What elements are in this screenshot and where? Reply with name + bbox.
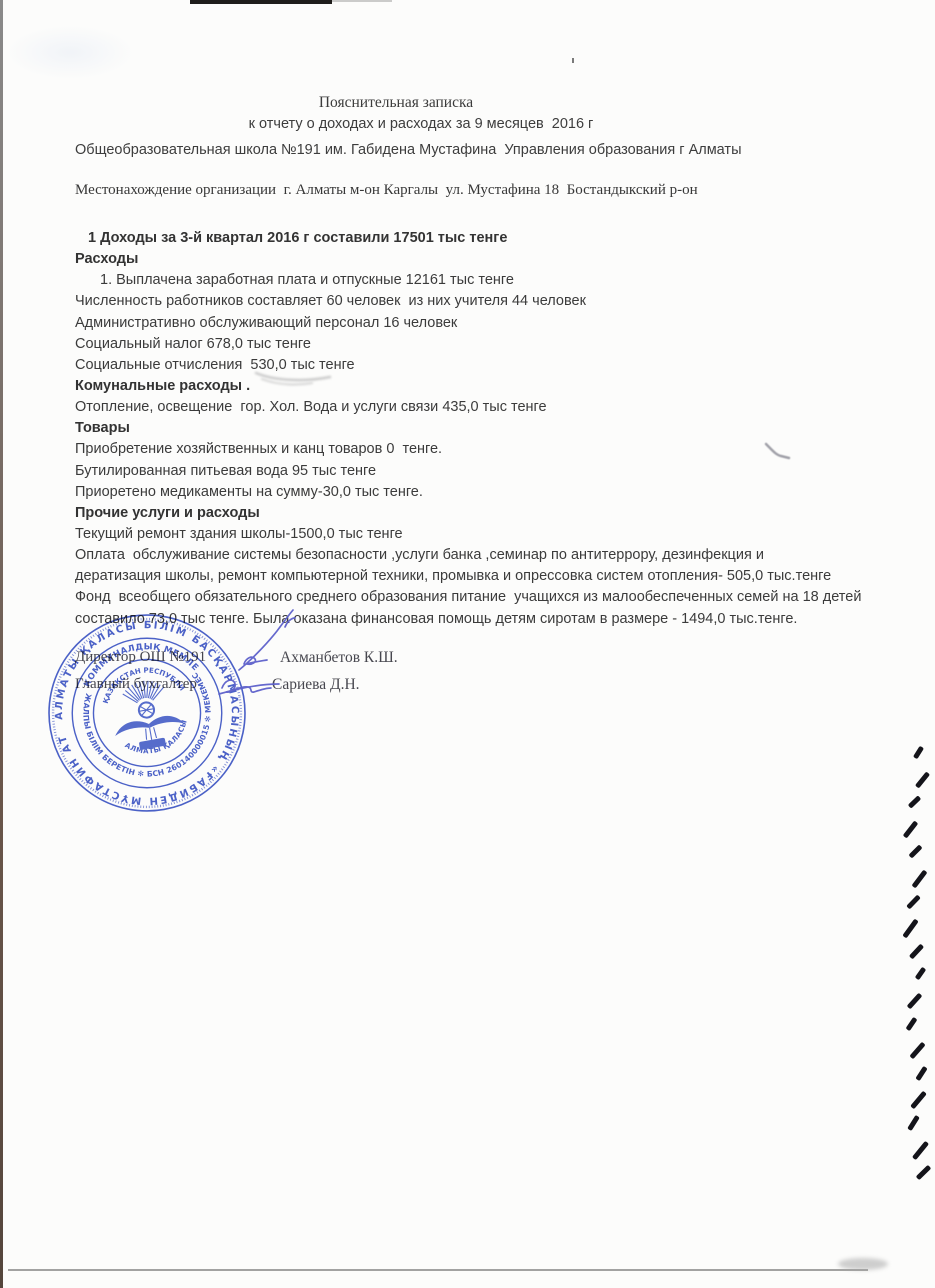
page-edge-mark — [906, 1016, 918, 1030]
official-stamp-seal: АЛМАТЫ ҚАЛАСЫ БІЛІМ БАСҚАРМАСЫНЫҢ «ҒАБИД… — [46, 612, 248, 814]
doc-subtitle: к отчету о доходах и расходах за 9 месяц… — [0, 116, 842, 132]
body-line: Приобретение хозяйственных и канц товаро… — [75, 439, 915, 460]
body-line: 1 Доходы за 3-й квартал 2016 г составили… — [75, 228, 915, 249]
body-line: Социальный налог 678,0 тыс тенге — [75, 334, 915, 355]
scan-tint — [5, 25, 135, 80]
page-edge-mark — [909, 943, 924, 959]
page-edge-mark — [913, 746, 924, 760]
body-line: Комунальные расходы . — [75, 376, 915, 397]
page-edge-mark — [908, 845, 922, 859]
page-edge-mark — [907, 1115, 920, 1131]
doc-location: Местонахождение организации г. Алматы м-… — [75, 182, 698, 199]
scan-speck — [572, 58, 574, 63]
page-bottom-edge — [8, 1269, 868, 1271]
page-edge-mark — [915, 967, 927, 981]
page-edge-mark — [903, 820, 919, 838]
body-line: Административно обслуживающий персонал 1… — [75, 313, 915, 334]
page-edge-mark — [915, 1066, 927, 1081]
doc-title: Пояснительная записка — [0, 94, 792, 112]
body-line: 1. Выплачена заработная плата и отпускны… — [75, 270, 915, 291]
scan-blob — [838, 1258, 888, 1270]
page-edge-mark — [912, 1140, 929, 1159]
doc-body: 1 Доходы за 3-й квартал 2016 г составили… — [75, 228, 915, 630]
body-line: Фонд всеобщего обязательного среднего об… — [75, 587, 915, 608]
page-edge-mark — [915, 771, 930, 788]
page-top-edge-mark — [190, 0, 332, 4]
body-line: Расходы — [75, 249, 915, 270]
page-edge-mark — [906, 894, 921, 909]
page-left-edge — [0, 0, 3, 1288]
body-line: Отопление, освещение гор. Хол. Вода и ус… — [75, 397, 915, 418]
page-edge-mark — [916, 1165, 932, 1180]
doc-organization: Общеобразовательная школа №191 им. Габид… — [75, 142, 742, 158]
emblem-ray — [140, 681, 144, 698]
page-edge-mark — [902, 919, 918, 939]
page-top-edge-mark — [332, 0, 392, 2]
body-line: Товары — [75, 418, 915, 439]
body-line: Приоретено медикаменты на сумму-30,0 тыс… — [75, 482, 915, 503]
page-edge-mark — [908, 796, 922, 809]
body-line: Социальные отчисления 530,0 тыс тенге — [75, 355, 915, 376]
scanned-document-page: Пояснительная записка к отчету о доходах… — [0, 0, 935, 1288]
body-line: Бутилированная питьевая вода 95 тыс тенг… — [75, 461, 915, 482]
signature-name-accountant: Сариева Д.Н. — [272, 676, 360, 694]
body-line: Численность работников составляет 60 чел… — [75, 291, 915, 312]
page-edge-mark — [911, 870, 927, 889]
page-edge-mark — [909, 1042, 925, 1060]
body-line: Прочие услуги и расходы — [75, 503, 915, 524]
body-line: Оплата обслуживание системы безопасности… — [75, 545, 915, 566]
page-edge-mark — [907, 993, 923, 1010]
page-edge-mark — [910, 1091, 927, 1110]
body-line: дератизация школы, ремонт компьютерной т… — [75, 566, 915, 587]
body-line: Текущий ремонт здания школы-1500,0 тыс т… — [75, 524, 915, 545]
signature-name-director: Ахманбетов К.Ш. — [280, 649, 398, 667]
